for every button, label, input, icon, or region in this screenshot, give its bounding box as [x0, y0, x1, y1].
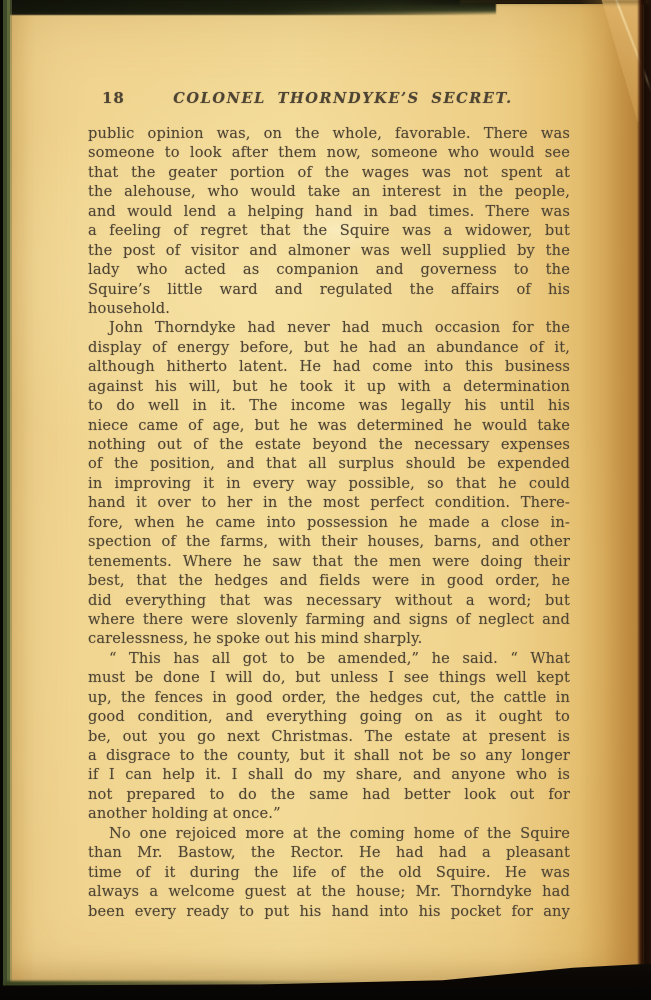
text-line: a feeling of regret that the Squire was …: [88, 221, 570, 240]
cover-left-edge: [0, 0, 14, 1000]
text-line: another holding at once.”: [88, 804, 570, 823]
text-line: against his will, but he took it up with…: [88, 377, 570, 396]
text-line: display of energy before, but he had an …: [88, 338, 570, 357]
text-line: and would lend a helping hand in bad tim…: [88, 202, 570, 221]
top-edge-shadow: [460, 0, 651, 6]
text-line: lady who acted as companion and governes…: [88, 260, 570, 279]
text-line: carelessness, he spoke out his mind shar…: [88, 629, 570, 648]
text-line: No one rejoiced more at the coming home …: [88, 824, 570, 843]
text-line: be, out you go next Christmas. The estat…: [88, 727, 570, 746]
text-line: time of it during the life of the old Sq…: [88, 863, 570, 882]
paragraph: No one rejoiced more at the coming home …: [88, 824, 570, 921]
text-line: up, the fences in good order, the hedges…: [88, 688, 570, 707]
text-line: John Thorndyke had never had much occasi…: [88, 318, 570, 337]
text-line: in improving it in every way possible, s…: [88, 474, 570, 493]
paragraph: “ This has all got to be amended,” he sa…: [88, 649, 570, 824]
text-line: fore, when he came into possession he ma…: [88, 513, 570, 532]
text-line: than Mr. Bastow, the Rector. He had had …: [88, 843, 570, 862]
text-line: been every ready to put his hand into hi…: [88, 902, 570, 921]
text-line: someone to look after them now, someone …: [88, 143, 570, 162]
text-line: “ This has all got to be amended,” he sa…: [88, 649, 570, 668]
text-line: tenements. Where he saw that the men wer…: [88, 552, 570, 571]
text-line: to do well in it. The income was legally…: [88, 396, 570, 415]
text-line: household.: [88, 299, 570, 318]
book-photo: 18 COLONEL THORNDYKE’S SECRET. public op…: [0, 0, 651, 1000]
text-line: if I can help it. I shall do my share, a…: [88, 765, 570, 784]
text-line: although hitherto latent. He had come in…: [88, 357, 570, 376]
paragraph: John Thorndyke had never had much occasi…: [88, 318, 570, 648]
running-title: COLONEL THORNDYKE’S SECRET.: [173, 90, 512, 107]
text-line: nothing out of the estate beyond the nec…: [88, 435, 570, 454]
page-header: 18 COLONEL THORNDYKE’S SECRET.: [88, 88, 570, 110]
binding-top-edge: [0, 0, 496, 15]
text-line: did everything that was necessary withou…: [88, 591, 570, 610]
text-line: niece came of age, but he was determined…: [88, 416, 570, 435]
text-line: always a welcome guest at the house; Mr.…: [88, 882, 570, 901]
page-curl-right: [579, 0, 641, 1000]
text-line: the alehouse, who would take an interest…: [88, 182, 570, 201]
paragraph: public opinion was, on the whole, favora…: [88, 124, 570, 318]
text-line: spection of the farms, with their houses…: [88, 532, 570, 551]
text-line: Squire’s little ward and regulated the a…: [88, 280, 570, 299]
text-line: good condition, and everything going on …: [88, 707, 570, 726]
text-line: public opinion was, on the whole, favora…: [88, 124, 570, 143]
text-line: best, that the hedges and fields were in…: [88, 571, 570, 590]
text-line: where there were slovenly farming and si…: [88, 610, 570, 629]
text-line: not prepared to do the same had better l…: [88, 785, 570, 804]
page-number: 18: [102, 89, 125, 107]
text-line: the post of visitor and almoner was well…: [88, 241, 570, 260]
text-line: must be done I will do, but unless I see…: [88, 668, 570, 687]
body-text: public opinion was, on the whole, favora…: [88, 124, 570, 921]
book-right-edge: [637, 0, 651, 1000]
text-line: hand it over to her in the most perfect …: [88, 493, 570, 512]
text-line: that the geater portion of the wages was…: [88, 163, 570, 182]
text-line: of the position, and that all surplus sh…: [88, 454, 570, 473]
text-line: a disgrace to the county, but it shall n…: [88, 746, 570, 765]
